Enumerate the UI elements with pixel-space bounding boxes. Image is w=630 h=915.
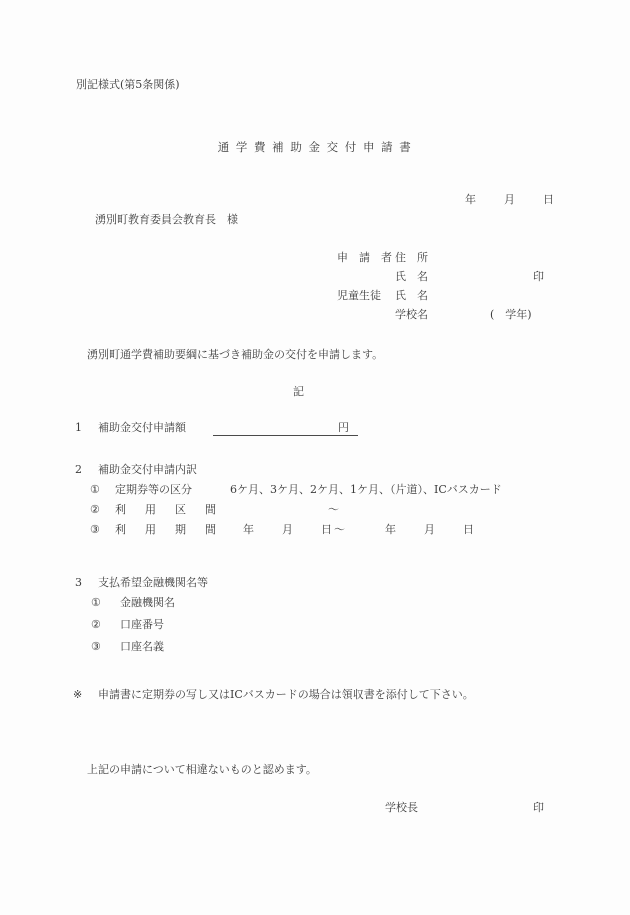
- item3-label: 支払希望金融機関名等: [98, 576, 208, 590]
- item2-sub3-number: ③: [90, 523, 100, 537]
- date-line: 年 月 日: [465, 193, 556, 207]
- form-reference: 別記様式(第5条関係): [76, 78, 180, 92]
- item2-number: 2: [75, 463, 82, 477]
- item1-label: 補助金交付申請額: [98, 421, 186, 435]
- item2-sub1-options: 6ケ月、3ケ月、2ケ月、1ケ月、（片道）、ICバスカード: [230, 483, 502, 497]
- item1-number: 1: [75, 421, 82, 435]
- applicant-label: 申 請 者: [337, 251, 392, 265]
- principal-seal-mark: 印: [533, 801, 544, 815]
- application-statement: 湧別町通学費補助要綱に基づき補助金の交付を申請します。: [87, 348, 383, 362]
- item3-sub3-label: 口座名義: [120, 640, 164, 654]
- approval-statement: 上記の申請について相違ないものと認めます。: [87, 763, 317, 777]
- form-title: 通 学 費 補 助 金 交 付 申 請 書: [0, 140, 630, 154]
- student-name-label: 氏 名: [395, 289, 428, 303]
- application-form-page: 別記様式(第5条関係) 通 学 費 補 助 金 交 付 申 請 書 年 月 日 …: [0, 0, 630, 915]
- applicant-name-label: 氏 名: [395, 270, 428, 284]
- applicant-seal-mark: 印: [533, 270, 544, 284]
- addressee: 湧別町教育委員会教育長 様: [95, 213, 238, 227]
- school-name-label: 学校名: [395, 308, 428, 322]
- item2-sub2-number: ②: [90, 503, 100, 517]
- item3-sub1-number: ①: [91, 596, 101, 610]
- principal-label: 学校長: [385, 801, 418, 815]
- item2-sub2-tilde: ～: [328, 503, 339, 517]
- note-text: 申請書に定期券の写し又はICバスカードの場合は領収書を添付して下さい。: [98, 688, 474, 702]
- student-label: 児童生徒: [337, 289, 381, 303]
- item3-sub3-number: ③: [91, 640, 101, 654]
- item2-sub3-period-to: 年 月 日: [385, 523, 476, 537]
- item1-amount-underline: 円: [213, 421, 358, 436]
- grade-label: ( 学年): [490, 308, 532, 322]
- item2-sub2-label: 利 用 区 間: [115, 503, 220, 517]
- note-mark: ※: [73, 688, 82, 702]
- item2-label: 補助金交付申請内訳: [98, 463, 197, 477]
- item3-number: 3: [75, 576, 82, 590]
- item3-sub2-number: ②: [91, 618, 101, 632]
- item3-sub2-label: 口座番号: [120, 618, 164, 632]
- item2-sub1-number: ①: [90, 483, 100, 497]
- item2-sub1-label: 定期券等の区分: [115, 483, 192, 497]
- item2-sub3-period-from: 年 月 日～: [243, 523, 347, 537]
- item3-sub1-label: 金融機関名: [120, 596, 175, 610]
- ki-heading: 記: [293, 385, 304, 399]
- applicant-address-label: 住 所: [395, 251, 428, 265]
- item2-sub3-label: 利 用 期 間: [115, 523, 220, 537]
